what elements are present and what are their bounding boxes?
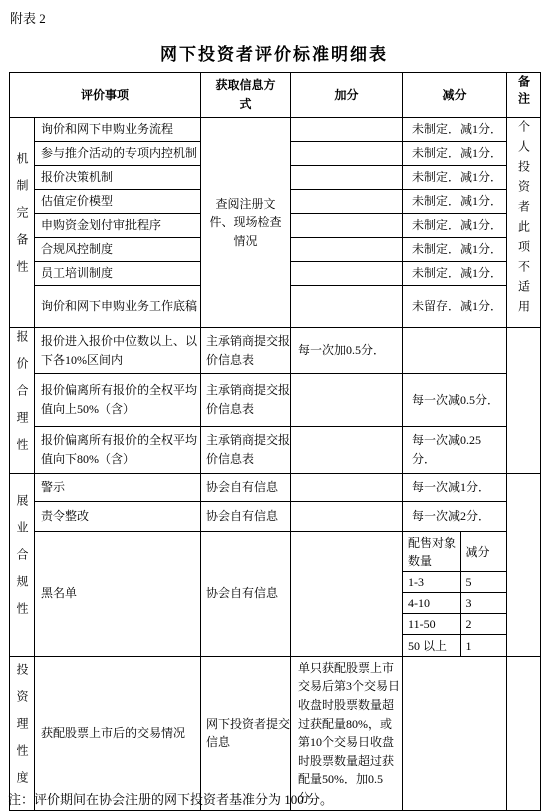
remark-cell [507,656,541,810]
item-cell: 询价和网下申购业务流程 [35,117,201,141]
category-cell-quote-rationality: 报价合理性 [10,328,35,474]
header-item: 评价事项 [10,73,201,118]
table-header-row: 评价事项 获取信息方式 加分 减分 备注 [10,73,541,118]
minus-cell: 未留存．减1分． [403,286,507,328]
plus-cell [291,374,403,426]
remark-cell [507,328,541,474]
subtable-row: 4-10 3 [403,593,507,614]
table-row: 投资理性度 获配股票上市后的交易情况 网下投资者提交信息 单只获配股票上市交易后… [10,656,541,810]
remark-cell [507,473,541,656]
item-cell: 报价偏离所有报价的全权平均值向下80%（含） [35,426,201,473]
plus-cell [291,531,403,656]
subtable-range-cell: 50 以上 [403,635,460,656]
minus-cell: 每一次减0.5分． [403,374,507,426]
item-cell: 警示 [35,473,201,501]
minus-cell: 未制定．减1分． [403,213,507,237]
plus-cell-trading: 单只获配股票上市交易后第3个交易日收盘时股票数量超过获配量80%，或第10个交易… [291,656,403,810]
minus-cell [403,656,507,810]
minus-cell-blacklist: 配售对象数量 减分 1-3 5 4-10 3 11-50 2 50 以上 1 [403,531,507,656]
item-cell: 报价偏离所有报价的全权平均值向上50%（含） [35,374,201,426]
remark-cell: 个人投资者此项不适用 [507,117,541,328]
minus-cell: 未制定．减1分． [403,165,507,189]
item-cell: 报价进入报价中位数以上、以下各10%区间内 [35,328,201,374]
attachment-label: 附表 2 [10,8,46,27]
item-cell: 责令整改 [35,501,201,531]
minus-cell: 未制定．减1分． [403,238,507,262]
item-cell: 报价决策机制 [35,165,201,189]
table-row: 报价合理性 报价进入报价中位数以上、以下各10%区间内 主承销商提交报价信息表 … [10,328,541,374]
plus-cell [291,426,403,473]
item-cell: 申购资金划付审批程序 [35,213,201,237]
table-row: 黑名单 协会自有信息 配售对象数量 减分 1-3 5 4-10 3 11- [10,531,541,656]
subtable-header-deduction: 减分 [460,532,507,572]
header-plus: 加分 [291,73,403,118]
item-cell: 合规风控制度 [35,238,201,262]
subtable-deduction-cell: 1 [460,635,507,656]
category-cell-investment-rationality: 投资理性度 [10,656,35,810]
item-cell: 获配股票上市后的交易情况 [35,656,201,810]
plus-cell [291,501,403,531]
minus-cell: 未制定．减1分． [403,117,507,141]
info-cell: 协会自有信息 [201,531,291,656]
header-remark: 备注 [507,73,541,118]
evaluation-criteria-table: 评价事项 获取信息方式 加分 减分 备注 机制完备性 询价和网下申购业务流程 查… [9,72,541,811]
minus-cell: 每一次减2分． [403,501,507,531]
minus-cell [403,328,507,374]
subtable-deduction-cell: 5 [460,572,507,593]
info-cell: 主承销商提交报价信息表 [201,374,291,426]
category-text: 报价合理性 [16,330,28,465]
minus-cell: 每一次减1分． [403,473,507,501]
plus-cell [291,262,403,286]
category-text: 投资理性度 [16,663,28,798]
plus-cell [291,213,403,237]
category-cell-compliance: 展业合规性 [10,473,35,656]
subtable-header-allottee-count: 配售对象数量 [403,532,460,572]
subtable-row: 1-3 5 [403,572,507,593]
category-text: 机制完备性 [16,152,28,287]
header-minus: 减分 [403,73,507,118]
category-cell-mechanism: 机制完备性 [10,117,35,328]
item-cell: 估值定价模型 [35,189,201,213]
plus-cell: 每一次加0.5分． [291,328,403,374]
minus-cell: 未制定．减1分． [403,189,507,213]
header-info: 获取信息方式 [201,73,291,118]
item-cell: 员工培训制度 [35,262,201,286]
plus-cell [291,238,403,262]
subtable-row: 11-50 2 [403,614,507,635]
table-row: 机制完备性 询价和网下申购业务流程 查阅注册文件、现场检查情况 未制定．减1分．… [10,117,541,141]
table-row: 报价偏离所有报价的全权平均值向上50%（含） 主承销商提交报价信息表 每一次减0… [10,374,541,426]
minus-cell: 未制定．减1分． [403,141,507,165]
minus-cell: 每一次减0.25分． [403,426,507,473]
plus-cell [291,141,403,165]
blacklist-deduction-subtable: 配售对象数量 减分 1-3 5 4-10 3 11-50 2 50 以上 1 [403,532,507,656]
footnote: 注：评价期间在协会注册的网下投资者基准分为 100 分。 [8,789,333,808]
category-text: 展业合规性 [16,494,28,629]
subtable-range-cell: 11-50 [403,614,460,635]
info-cell: 主承销商提交报价信息表 [201,426,291,473]
minus-cell: 未制定．减1分． [403,262,507,286]
table-row: 展业合规性 警示 协会自有信息 每一次减1分． [10,473,541,501]
plus-cell [291,473,403,501]
table-row: 报价偏离所有报价的全权平均值向下80%（含） 主承销商提交报价信息表 每一次减0… [10,426,541,473]
document-title: 网下投资者评价标准明细表 [0,40,548,65]
header-remark-text: 备注 [518,75,530,109]
item-cell: 询价和网下申购业务工作底稿 [35,286,201,328]
info-cell: 查阅注册文件、现场检查情况 [201,117,291,328]
subtable-header-row: 配售对象数量 减分 [403,532,507,572]
subtable-range-cell: 1-3 [403,572,460,593]
info-cell: 主承销商提交报价信息表 [201,328,291,374]
plus-cell [291,117,403,141]
item-cell-blacklist: 黑名单 [35,531,201,656]
subtable-deduction-cell: 3 [460,593,507,614]
info-cell: 协会自有信息 [201,501,291,531]
item-cell: 参与推介活动的专项内控机制 [35,141,201,165]
plus-cell [291,189,403,213]
subtable-range-cell: 4-10 [403,593,460,614]
remark-text: 个人投资者此项不适用 [518,120,530,320]
info-cell: 协会自有信息 [201,473,291,501]
plus-cell [291,165,403,189]
plus-cell [291,286,403,328]
info-cell: 网下投资者提交信息 [201,656,291,810]
subtable-row: 50 以上 1 [403,635,507,656]
subtable-deduction-cell: 2 [460,614,507,635]
table-row: 责令整改 协会自有信息 每一次减2分． [10,501,541,531]
